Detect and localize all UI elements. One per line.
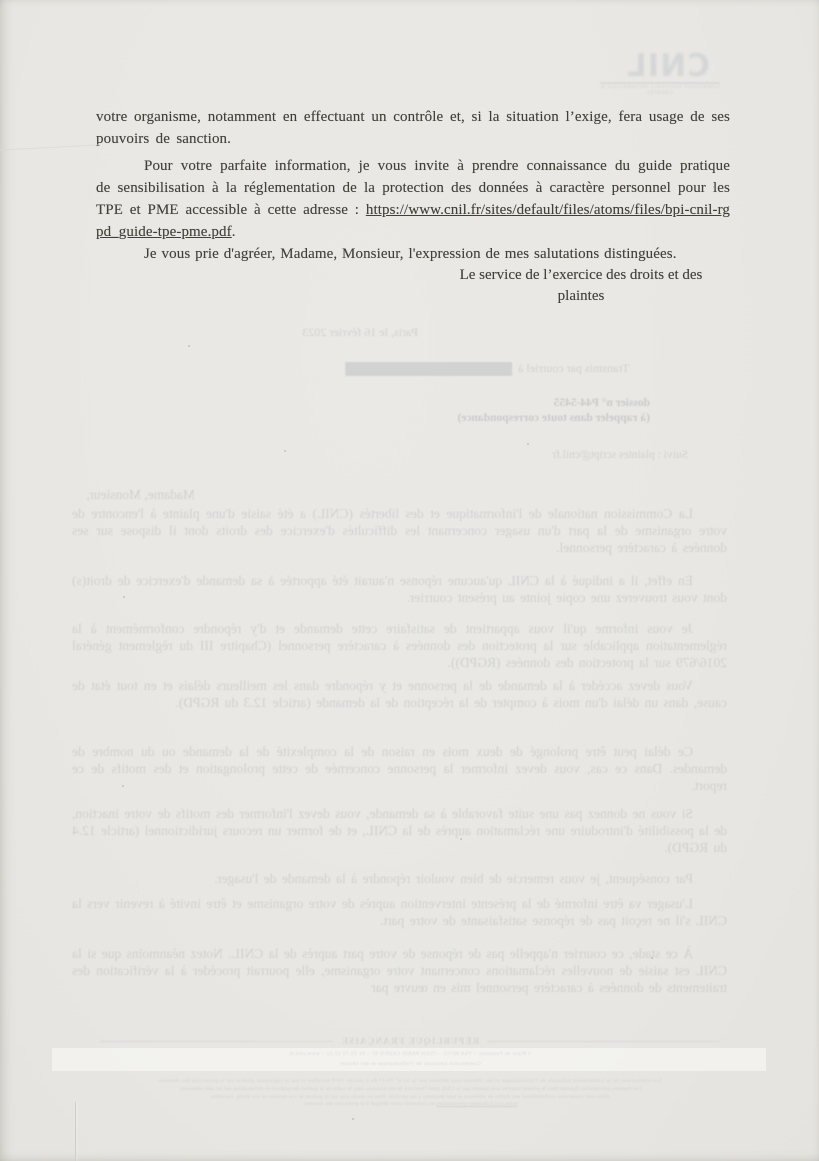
- paper-speck: [651, 957, 653, 959]
- ghost-footer-republic: RÉPUBLIQUE FRANÇAISE: [100, 1036, 720, 1046]
- ghost-footer-privacy-line: www.cnil.fr/donnees-personnelles ou cont…: [110, 1101, 710, 1109]
- ghost-sent-line: Transmis par courriel à: [345, 361, 629, 376]
- ghost-footer-privacy-link: www.cnil.fr/donnees-personnelles: [436, 1101, 518, 1107]
- scanned-letter-page: CNIL COMMISSION NATIONALE INFORMATIQUE &…: [0, 0, 819, 1161]
- ghost-redaction-box: [345, 362, 512, 376]
- ghost-paragraph: Je vous informe qu'il vous appartient de…: [72, 621, 727, 671]
- ghost-paragraph: En effet, il a indiqué à la CNIL qu'aucu…: [72, 573, 727, 607]
- paper-speck: [527, 443, 529, 445]
- signature-line-2: plaintes: [440, 286, 722, 307]
- paper-speck: [460, 838, 462, 840]
- footer-rule: [100, 1041, 333, 1042]
- signature-line-1: Le service de l’exercice des droits et d…: [440, 265, 722, 286]
- paper-speck: [284, 450, 286, 452]
- paper-speck: [713, 186, 715, 188]
- ghost-paragraph: Vous devez accéder à la demande de la pe…: [72, 678, 727, 712]
- closing-paragraph: Je vous prie d'agréer, Madame, Monsieur,…: [96, 243, 730, 265]
- ghost-paragraph: À ce stade, ce courrier n'appelle pas de…: [72, 946, 727, 996]
- ghost-paragraph: La Commission nationale de l'informatiqu…: [72, 506, 727, 556]
- ghost-paragraph: Si vous ne donnez pas une suite favorabl…: [72, 806, 727, 856]
- ghost-paragraph: Ce délai peut être prolongé de deux mois…: [72, 744, 727, 794]
- ghost-footer-band-line: Commission nationale de l'informatique e…: [60, 1061, 760, 1067]
- guide-paragraph-suffix: .: [232, 224, 236, 240]
- guide-paragraph: Pour votre parfaite information, je vous…: [96, 155, 730, 243]
- paper-speck: [188, 345, 190, 347]
- paper-crease: [75, 1102, 76, 1161]
- ghost-sent-label: Transmis par courriel à: [518, 361, 629, 376]
- paper-crease: [0, 144, 100, 150]
- ghost-footer-legal-line: Les attributions de la Commission nation…: [60, 1078, 760, 1084]
- paper-speck: [352, 1118, 354, 1120]
- ghost-contact-line: Suivi : plaintes script@cnil.fr: [538, 449, 688, 461]
- ghost-footer-privacy-line: Les données personnelles figurant dans l…: [110, 1086, 710, 1094]
- footer-rule: [487, 1041, 720, 1042]
- paper-speck: [123, 596, 125, 598]
- cnil-logo-subtext-ghost: COMMISSION NATIONALE INFORMATIQUE & LIBE…: [600, 85, 720, 96]
- ghost-reference-block: dossier n° P44-5455 (à rappeler dans tou…: [430, 396, 650, 426]
- ghost-paragraph: Par conséquent, je vous remercie de bien…: [72, 871, 727, 888]
- ghost-republic-label: RÉPUBLIQUE FRANÇAISE: [341, 1036, 479, 1046]
- paper-speck: [122, 785, 124, 787]
- ghost-paragraph: L'usager va être informé de la présente …: [72, 896, 727, 930]
- cnil-logo-ghost: CNIL: [612, 48, 724, 84]
- ghost-footer-privacy-link-suffix: ou contactez notre délégué à la protecti…: [302, 1101, 436, 1107]
- signature-block: Le service de l’exercice des droits et d…: [440, 265, 722, 307]
- continuation-paragraph: votre organisme, notamment en effectuant…: [96, 106, 730, 150]
- ghost-salutation: Madame, Monsieur,: [75, 487, 195, 503]
- ghost-date-line: Paris, le 16 février 2023: [298, 325, 418, 340]
- ghost-reference-line-1: dossier n° P44-5455: [430, 396, 650, 411]
- ghost-reference-line-2: (à rappeler dans toute correspondance): [430, 411, 650, 426]
- cnil-logo-rule-ghost: [600, 82, 720, 84]
- ghost-footer-band-line: 3 Place de Fontenoy – TSA 80715 – 75334 …: [60, 1051, 760, 1057]
